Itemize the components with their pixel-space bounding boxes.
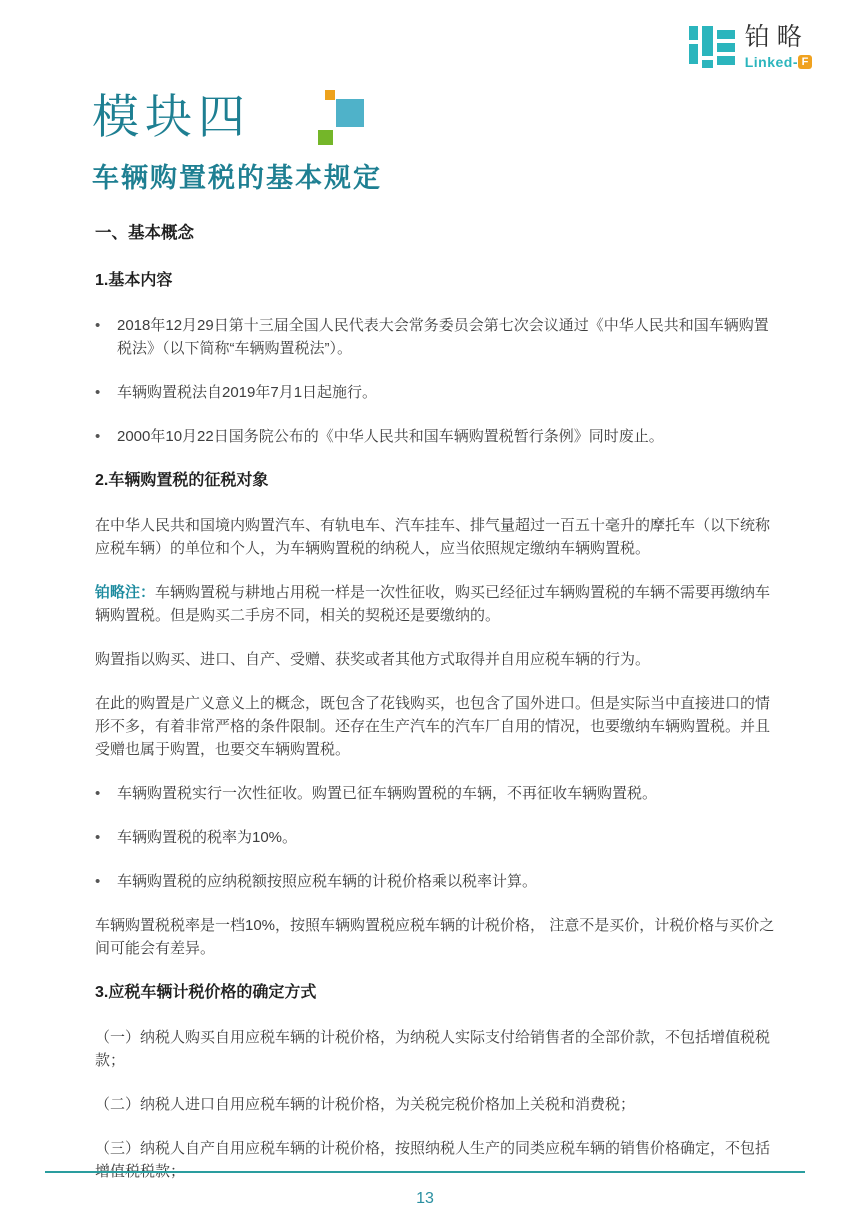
paragraph: 在中华人民共和国境内购置汽车、有轨电车、汽车挂车、排气量超过一百五十毫升的摩托车… bbox=[95, 514, 777, 560]
paragraph: 购置指以购买、进口、自产、受赠、获奖或者其他方式取得并自用应税车辆的行为。 bbox=[95, 648, 777, 671]
bullet-text: 车辆购置税的税率为10%。 bbox=[117, 826, 777, 849]
bullet-marker: • bbox=[95, 381, 117, 404]
brand-tagline-text: Linked- bbox=[745, 54, 798, 70]
bullet-marker: • bbox=[95, 314, 117, 360]
bullet-text: 车辆购置税的应纳税额按照应税车辆的计税价格乘以税率计算。 bbox=[117, 870, 777, 893]
bullet-item: • 车辆购置税的税率为10%。 bbox=[95, 826, 777, 849]
subsection-heading-taxable-price: 3.应税车辆计税价格的确定方式 bbox=[95, 981, 777, 1004]
bullet-item: • 车辆购置税法自2019年7月1日起施行。 bbox=[95, 381, 777, 404]
bullet-text: 车辆购置税法自2019年7月1日起施行。 bbox=[117, 381, 777, 404]
paragraph: （二）纳税人进口自用应税车辆的计税价格，为关税完税价格加上关税和消费税； bbox=[95, 1093, 777, 1116]
bullet-item: • 2018年12月29日第十三届全国人民代表大会常务委员会第七次会议通过《中华… bbox=[95, 314, 777, 360]
brand-name: 铂略 bbox=[745, 24, 809, 52]
module-title: 模块四 bbox=[92, 92, 382, 144]
subsection-heading-tax-object: 2.车辆购置税的征税对象 bbox=[95, 469, 777, 492]
bullet-item: • 车辆购置税实行一次性征收。购置已征车辆购置税的车辆，不再征收车辆购置税。 bbox=[95, 782, 777, 805]
bullet-text: 2000年10月22日国务院公布的《中华人民共和国车辆购置税暂行条例》同时废止。 bbox=[117, 425, 777, 448]
brand-tagline-f-badge: F bbox=[798, 55, 812, 69]
bullet-item: • 2000年10月22日国务院公布的《中华人民共和国车辆购置税暂行条例》同时废… bbox=[95, 425, 777, 448]
module-subtitle: 车辆购置税的基本规定 bbox=[92, 156, 382, 195]
brand-mark-icon bbox=[689, 24, 735, 68]
bullet-text: 车辆购置税实行一次性征收。购置已征车辆购置税的车辆，不再征收车辆购置税。 bbox=[117, 782, 777, 805]
paragraph: （一）纳税人购买自用应税车辆的计税价格，为纳税人实际支付给销售者的全部价款，不包… bbox=[95, 1026, 777, 1072]
brand-text: 铂略 Linked- F bbox=[745, 24, 812, 70]
document-page: 铂略 Linked- F 模块四 车辆购置税的基本规定 一、基本概念 1.基本内… bbox=[0, 0, 850, 1228]
paragraph: （三）纳税人自产自用应税车辆的计税价格，按照纳税人生产的同类应税车辆的销售价格确… bbox=[95, 1137, 777, 1183]
bullet-item: • 车辆购置税的应纳税额按照应税车辆的计税价格乘以税率计算。 bbox=[95, 870, 777, 893]
paragraph: 车辆购置税税率是一档10%，按照车辆购置税应税车辆的计税价格， 注意不是买价，计… bbox=[95, 914, 777, 960]
bullet-text: 2018年12月29日第十三届全国人民代表大会常务委员会第七次会议通过《中华人民… bbox=[117, 314, 777, 360]
section-heading-basic-concepts: 一、基本概念 bbox=[95, 222, 777, 245]
bullet-marker: • bbox=[95, 425, 117, 448]
bullet-marker: • bbox=[95, 870, 117, 893]
note-label: 铂略注： bbox=[95, 584, 155, 601]
brand-logo: 铂略 Linked- F bbox=[689, 24, 812, 70]
title-block: 模块四 车辆购置税的基本规定 bbox=[92, 92, 382, 195]
subsection-heading-basic-content: 1.基本内容 bbox=[95, 269, 777, 292]
note-text: 车辆购置税与耕地占用税一样是一次性征收，购买已经征过车辆购置税的车辆不需要再缴纳… bbox=[95, 584, 770, 624]
footer-divider bbox=[45, 1171, 805, 1173]
bullet-marker: • bbox=[95, 826, 117, 849]
bullet-marker: • bbox=[95, 782, 117, 805]
bolue-note: 铂略注：车辆购置税与耕地占用税一样是一次性征收，购买已经征过车辆购置税的车辆不需… bbox=[95, 581, 777, 627]
document-body: 一、基本概念 1.基本内容 • 2018年12月29日第十三届全国人民代表大会常… bbox=[95, 222, 777, 1204]
paragraph: 在此的购置是广义意义上的概念，既包含了花钱购买，也包含了国外进口。但是实际当中直… bbox=[95, 692, 777, 761]
page-number: 13 bbox=[0, 1190, 850, 1208]
brand-tagline: Linked- F bbox=[745, 54, 812, 70]
